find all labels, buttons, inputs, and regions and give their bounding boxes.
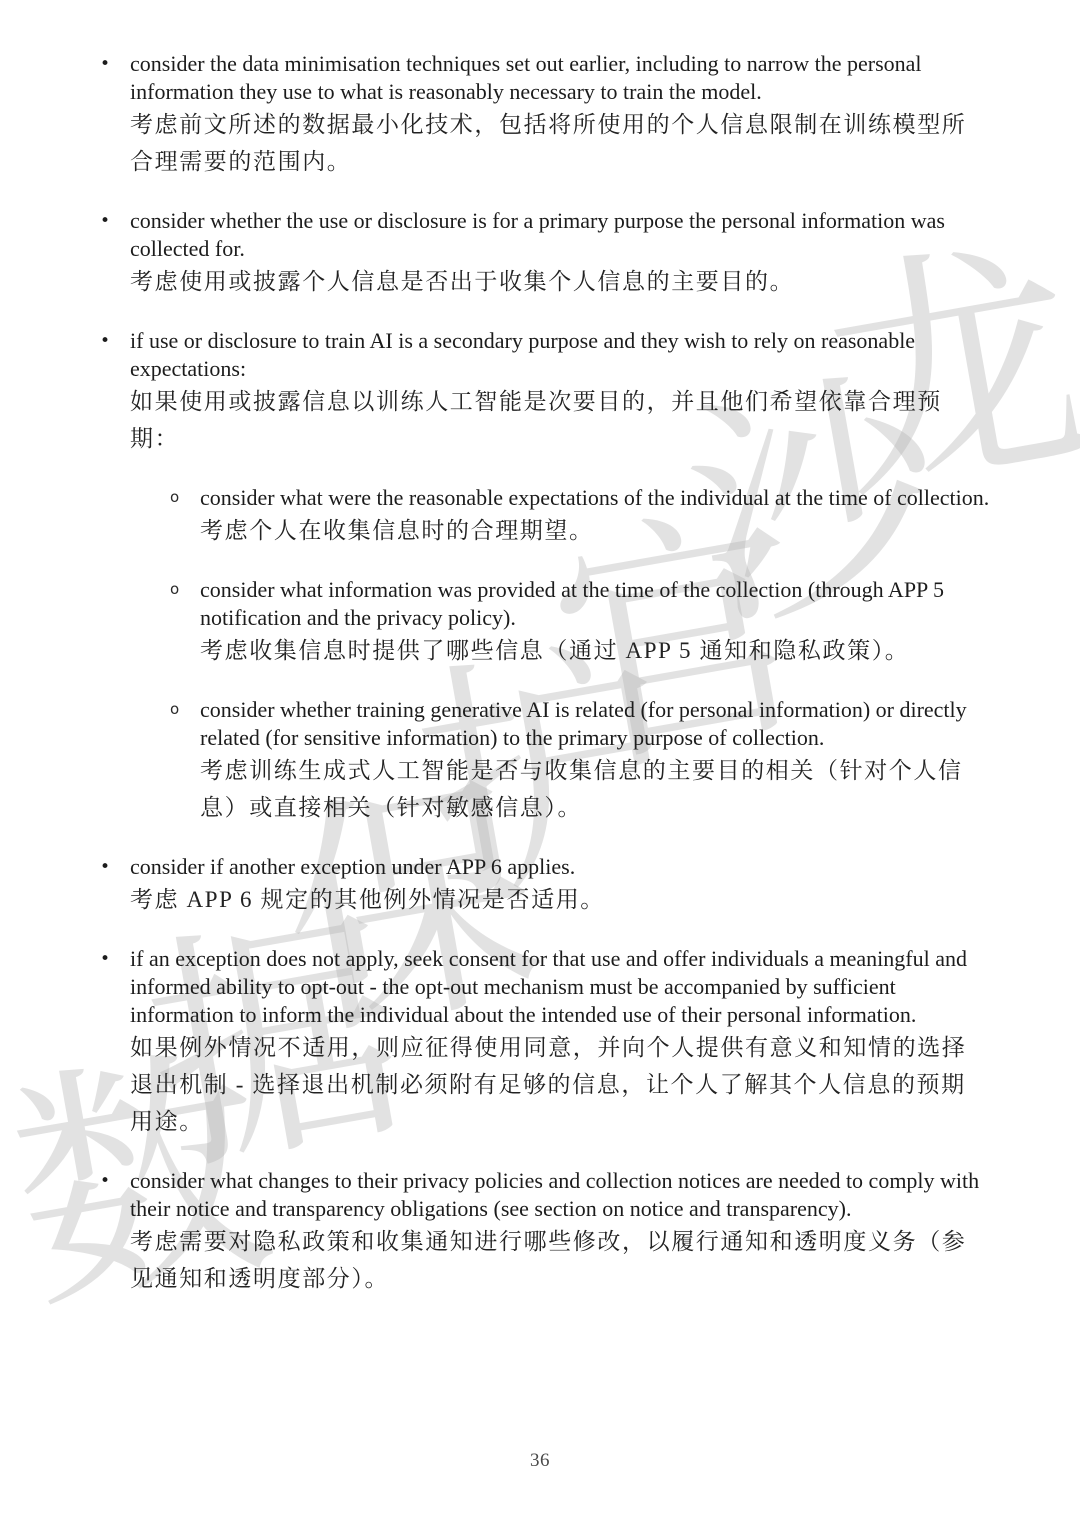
sub-bullet-content: consider what were the reasonable expect…	[200, 484, 990, 549]
bullet-marker: •	[98, 945, 130, 1140]
bullet-content: if use or disclosure to train AI is a se…	[130, 327, 990, 826]
bullet-text-en: consider the data minimisation technique…	[130, 50, 990, 106]
sub-bullet-item: o consider whether training generative A…	[168, 696, 990, 826]
bullet-item: • if an exception does not apply, seek c…	[98, 945, 990, 1140]
bullet-text-zh: 考虑前文所述的数据最小化技术，包括将所使用的个人信息限制在训练模型所合理需要的范…	[130, 106, 990, 180]
bullet-text-en: consider what changes to their privacy p…	[130, 1167, 990, 1223]
bullet-item: • consider whether the use or disclosure…	[98, 207, 990, 300]
page-number: 36	[0, 1450, 1080, 1472]
sub-bullet-text-en: consider what information was provided a…	[200, 576, 990, 632]
document-body: • consider the data minimisation techniq…	[0, 0, 1080, 1297]
sub-bullet-item: o consider what were the reasonable expe…	[168, 484, 990, 549]
sub-bullet-text-zh: 考虑收集信息时提供了哪些信息（通过 APP 5 通知和隐私政策）。	[200, 632, 990, 669]
bullet-marker: •	[98, 50, 130, 180]
document-page: 数据保护官沙龙 • consider the data minimisation…	[0, 0, 1080, 1527]
bullet-content: consider what changes to their privacy p…	[130, 1167, 990, 1297]
bullet-marker: •	[98, 853, 130, 918]
sub-bullet-marker: o	[168, 484, 200, 549]
bullet-content: consider whether the use or disclosure i…	[130, 207, 990, 300]
sub-bullet-marker: o	[168, 696, 200, 826]
bullet-item: • consider the data minimisation techniq…	[98, 50, 990, 180]
bullet-text-zh: 考虑 APP 6 规定的其他例外情况是否适用。	[130, 881, 990, 918]
bullet-content: consider the data minimisation technique…	[130, 50, 990, 180]
sub-bullet-list: o consider what were the reasonable expe…	[168, 484, 990, 826]
bullet-text-zh: 考虑需要对隐私政策和收集通知进行哪些修改，以履行通知和透明度义务（参见通知和透明…	[130, 1223, 990, 1297]
bullet-text-en: consider whether the use or disclosure i…	[130, 207, 990, 263]
sub-bullet-text-en: consider whether training generative AI …	[200, 696, 990, 752]
sub-bullet-text-en: consider what were the reasonable expect…	[200, 484, 990, 512]
bullet-item: • if use or disclosure to train AI is a …	[98, 327, 990, 826]
sub-bullet-content: consider what information was provided a…	[200, 576, 990, 669]
sub-bullet-content: consider whether training generative AI …	[200, 696, 990, 826]
bullet-item: • consider what changes to their privacy…	[98, 1167, 990, 1297]
bullet-text-en: if use or disclosure to train AI is a se…	[130, 327, 990, 383]
bullet-marker: •	[98, 207, 130, 300]
sub-bullet-text-zh: 考虑个人在收集信息时的合理期望。	[200, 512, 990, 549]
bullet-content: consider if another exception under APP …	[130, 853, 990, 918]
bullet-text-zh: 如果使用或披露信息以训练人工智能是次要目的，并且他们希望依靠合理预期：	[130, 383, 990, 457]
sub-bullet-item: o consider what information was provided…	[168, 576, 990, 669]
bullet-list: • consider the data minimisation techniq…	[98, 50, 990, 1297]
sub-bullet-text-zh: 考虑训练生成式人工智能是否与收集信息的主要目的相关（针对个人信息）或直接相关（针…	[200, 752, 990, 826]
sub-bullet-marker: o	[168, 576, 200, 669]
bullet-text-en: if an exception does not apply, seek con…	[130, 945, 990, 1029]
bullet-text-zh: 如果例外情况不适用，则应征得使用同意，并向个人提供有意义和知情的选择退出机制 -…	[130, 1029, 990, 1140]
bullet-marker: •	[98, 1167, 130, 1297]
bullet-text-en: consider if another exception under APP …	[130, 853, 990, 881]
bullet-marker: •	[98, 327, 130, 826]
bullet-content: if an exception does not apply, seek con…	[130, 945, 990, 1140]
bullet-text-zh: 考虑使用或披露个人信息是否出于收集个人信息的主要目的。	[130, 263, 990, 300]
bullet-item: • consider if another exception under AP…	[98, 853, 990, 918]
